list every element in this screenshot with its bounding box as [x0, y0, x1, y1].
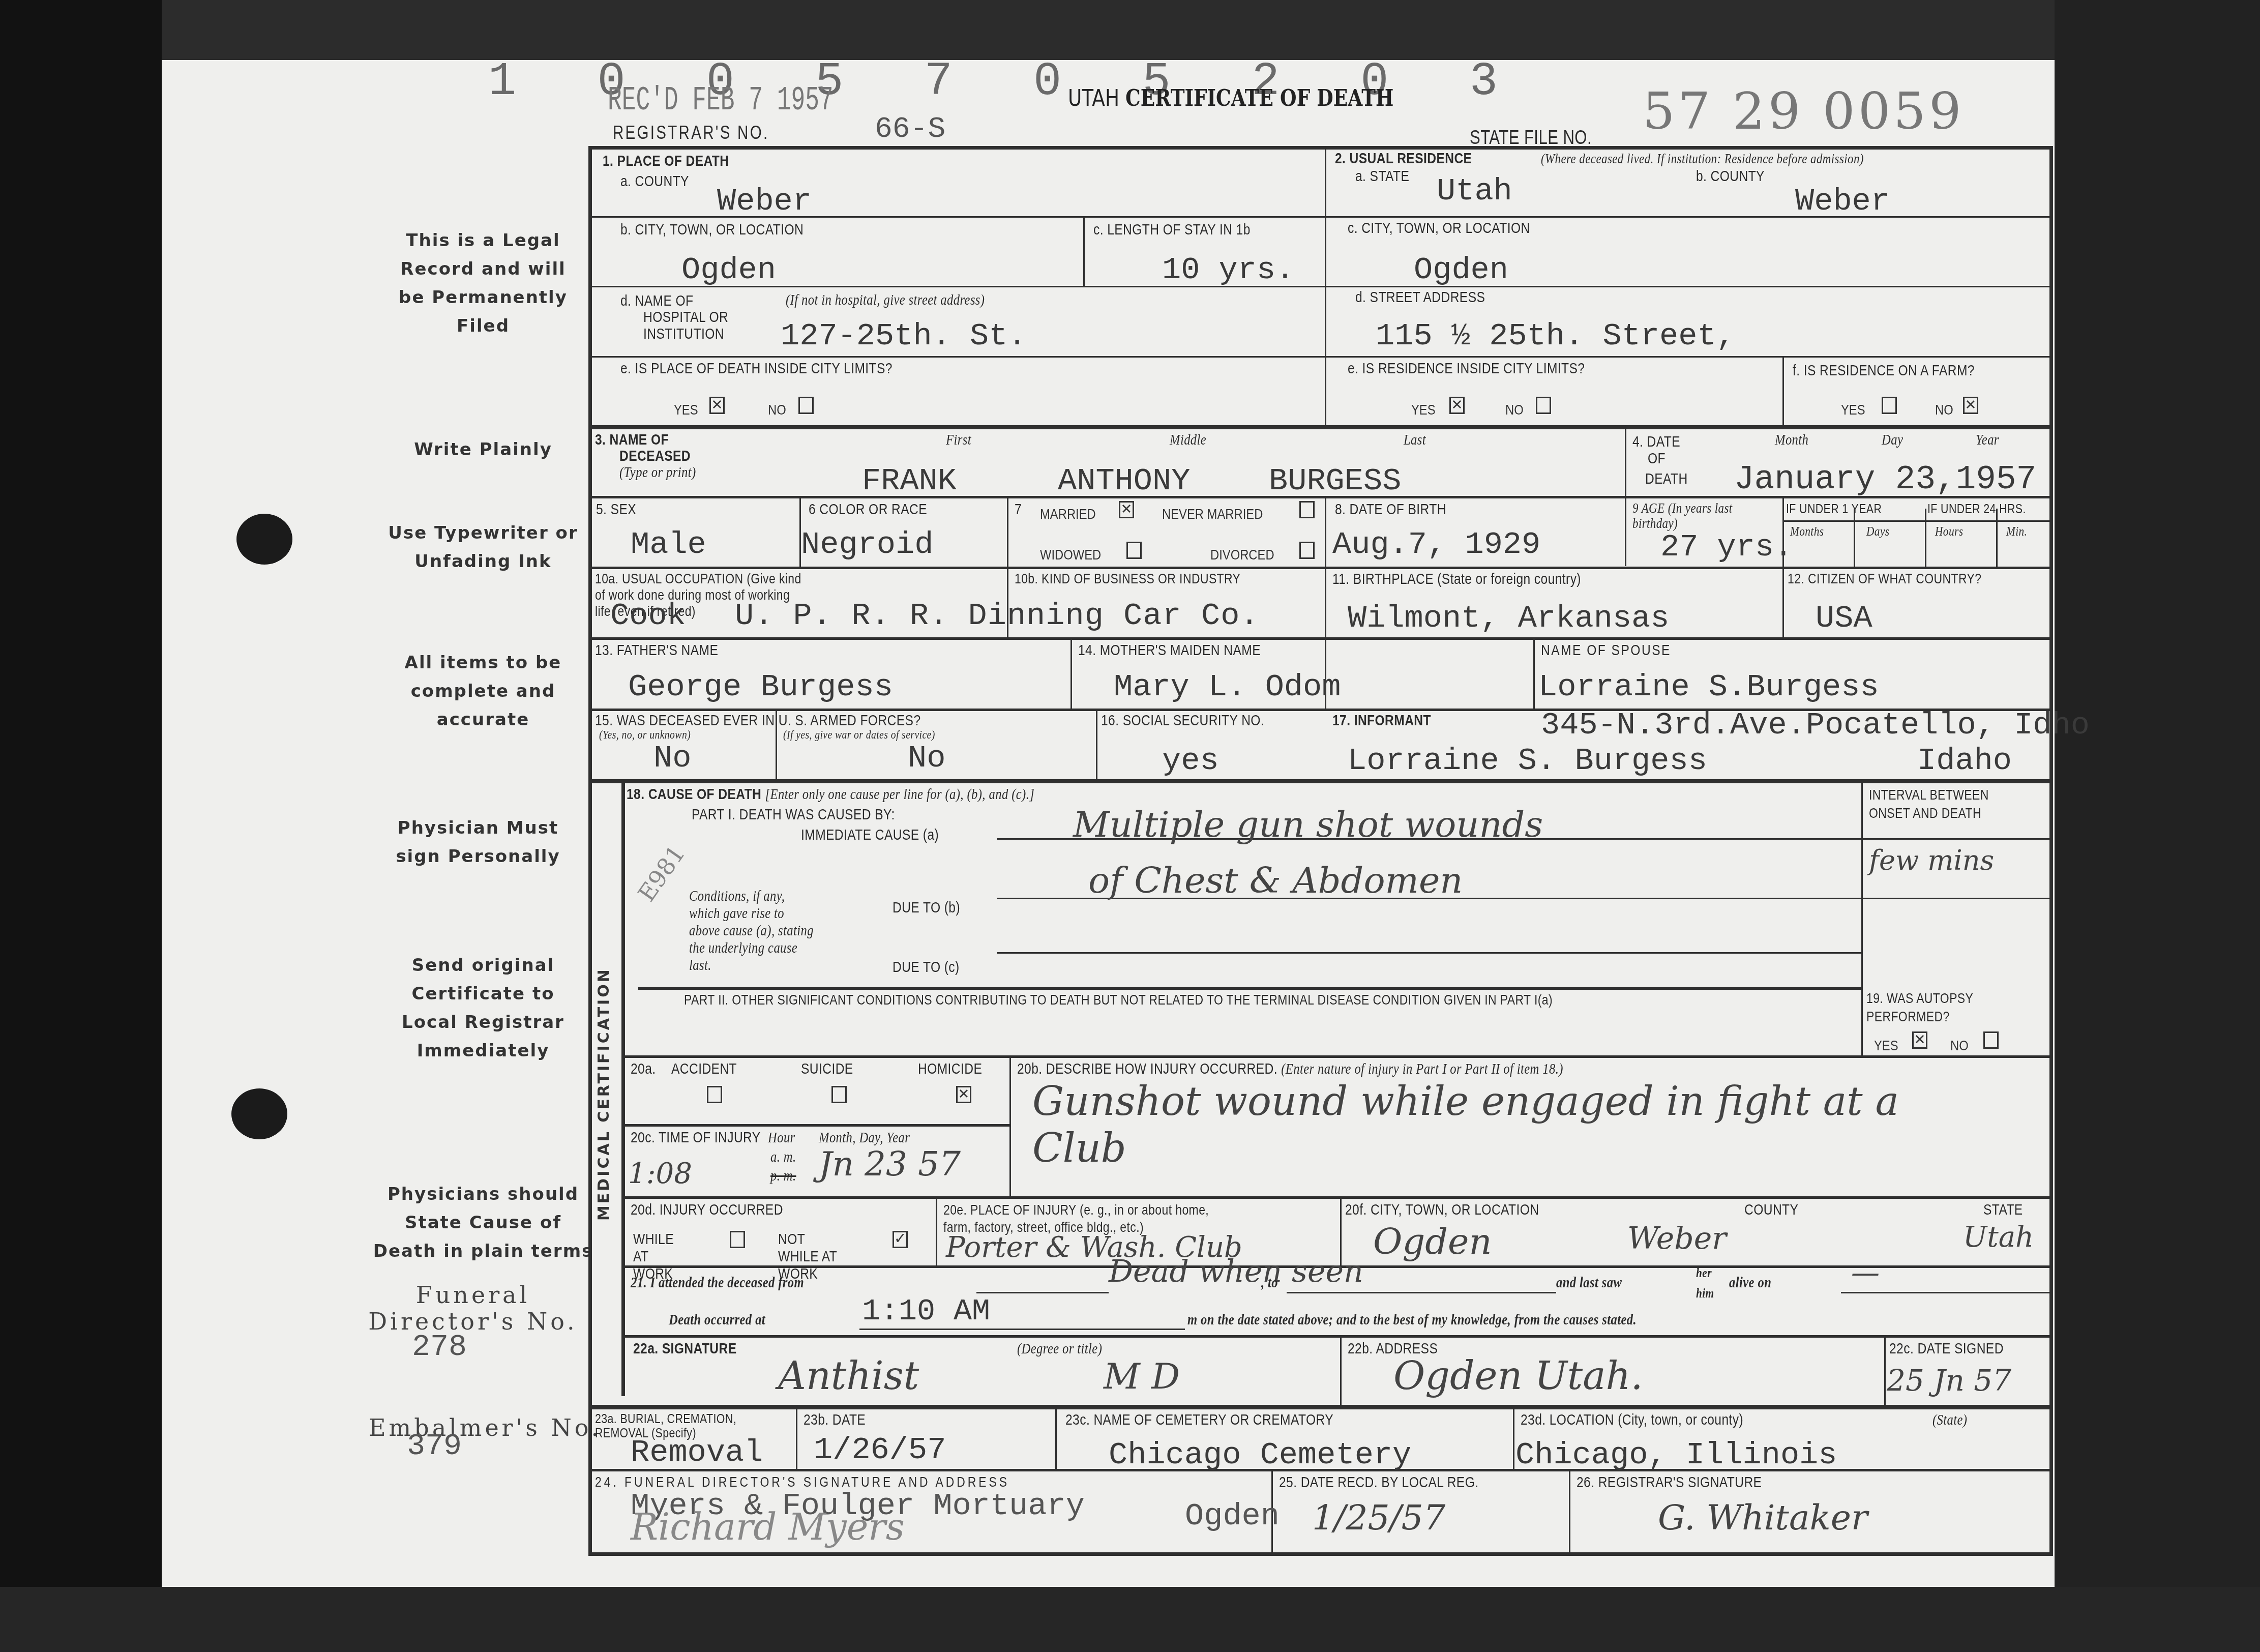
name-label-2: DECEASED — [619, 448, 691, 465]
note-legal-record: This is a Legal Record and will be Perma… — [392, 226, 575, 340]
due-to-b-label: DUE TO (b) — [893, 899, 960, 917]
him-label: him — [1696, 1286, 1714, 1301]
attended-from[interactable]: Dead when seen — [1109, 1254, 1363, 1289]
certificate-title: UTAH CERTIFICATE OF DEATH — [1068, 85, 1393, 111]
cemetery-name[interactable]: Chicago Cemetery — [1109, 1437, 1411, 1473]
county-label: COUNTY — [1744, 1201, 1798, 1219]
date-of-birth[interactable]: Aug.7, 1929 — [1332, 526, 1540, 563]
note-send-original: Send original Certificate to Local Regis… — [392, 951, 575, 1065]
autopsy-yes-checkbox[interactable]: ✕ — [1912, 1031, 1927, 1049]
residence-city[interactable]: Ogden — [1414, 252, 1508, 288]
row-line — [588, 567, 2053, 569]
medical-inner-border — [621, 781, 625, 1396]
form-bottom-border — [588, 1552, 2053, 1556]
name-label-1: 3. NAME OF — [595, 431, 669, 449]
cemetery-state-label: (State) — [1932, 1411, 1967, 1429]
mother-label: 14. MOTHER'S MAIDEN NAME — [1078, 642, 1261, 659]
cemetery-location[interactable]: Chicago, Illinois — [1515, 1437, 1837, 1473]
disposition-date[interactable]: 1/26/57 — [814, 1432, 946, 1468]
yes-label: YES — [674, 402, 698, 418]
farm-label: f. IS RESIDENCE ON A FARM? — [1793, 362, 1975, 379]
row-line — [1782, 520, 2052, 522]
homicide-label: HOMICIDE — [918, 1060, 982, 1078]
day-label: Day — [1882, 431, 1903, 449]
her-label: her — [1696, 1265, 1712, 1281]
stay-label: c. LENGTH OF STAY IN 1b — [1093, 221, 1251, 239]
farm-yes-checkbox[interactable] — [1882, 397, 1897, 414]
divorced-checkbox[interactable] — [1299, 542, 1315, 559]
row-line — [588, 1405, 2053, 1409]
armed-forces[interactable]: No — [653, 740, 691, 776]
homicide-checkbox[interactable]: ✕ — [956, 1086, 971, 1103]
state-label: STATE — [1983, 1201, 2023, 1219]
funeral-director-no-label: Funeral Director's No. — [366, 1282, 580, 1335]
interval-label: INTERVAL BETWEEN ONSET AND DEATH — [1869, 786, 2011, 822]
race-label: 6 COLOR OR RACE — [809, 501, 927, 518]
residence-county-label: b. COUNTY — [1696, 168, 1765, 185]
length-of-stay[interactable]: 10 yrs. — [1162, 252, 1294, 288]
col-line — [1861, 781, 1863, 1058]
months-label: Months — [1790, 524, 1824, 539]
cause-label: 18. CAUSE OF DEATH [Enter only one cause… — [627, 786, 1034, 803]
death-time[interactable]: 1:10 AM — [862, 1294, 990, 1329]
mother-name[interactable]: Mary L. Odom — [1114, 669, 1341, 705]
hour-label: Hour — [768, 1129, 795, 1146]
pm-label: p. m. — [770, 1167, 796, 1185]
suicide-label: SUICIDE — [801, 1060, 853, 1078]
due-to-c-label: DUE TO (c) — [893, 959, 960, 976]
residence-state-label: a. STATE — [1355, 168, 1409, 185]
armed-forces-service[interactable]: No — [908, 740, 945, 776]
date-signed[interactable]: 25 Jn 57 — [1887, 1363, 2011, 1398]
year-label: Year — [1976, 431, 1999, 449]
dob-label: 8. DATE OF BIRTH — [1335, 501, 1446, 518]
attended-from-line — [976, 1292, 1109, 1293]
physician-address[interactable]: Ogden Utah. — [1393, 1353, 1643, 1398]
min-label: Min. — [2006, 524, 2027, 539]
medical-certification-label: MEDICAL CERTIFICATION — [595, 967, 613, 1221]
month-label: Month — [1775, 431, 1808, 449]
embalmer-no: 379 — [407, 1429, 462, 1464]
date-death-label-2: OF — [1648, 450, 1666, 467]
usual-residence-hint: (Where deceased lived. If institution: R… — [1541, 151, 1864, 167]
due-to-b[interactable]: of Chest & Abdomen — [1088, 860, 1463, 901]
col-line — [1625, 427, 1626, 566]
occurred-label: 20d. INJURY OCCURRED — [631, 1201, 783, 1219]
usual-residence-label: 2. USUAL RESIDENCE — [1335, 150, 1472, 167]
father-name[interactable]: George Burgess — [628, 669, 893, 705]
sex-label: 5. SEX — [596, 501, 636, 518]
col-line — [1513, 1406, 1514, 1470]
marital-label: 7 — [1015, 501, 1022, 518]
part1-label: PART I. DEATH WAS CAUSED BY: — [692, 806, 895, 823]
farm-no-checkbox[interactable]: ✕ — [1963, 397, 1978, 414]
note-typewriter: Use Typewriter or Unfading Ink — [376, 519, 590, 576]
residence-city-limits-no-checkbox[interactable] — [1536, 397, 1551, 414]
accident-label: ACCIDENT — [671, 1060, 737, 1078]
place-of-death-label: 1. PLACE OF DEATH — [603, 153, 729, 170]
widowed-label: WIDOWED — [1040, 547, 1101, 563]
manner-label: 20a. — [631, 1060, 656, 1078]
residence-county[interactable]: Weber — [1795, 183, 1890, 219]
days-label: Days — [1866, 524, 1889, 539]
alive-on[interactable]: — — [1851, 1256, 1880, 1289]
punch-hole-icon — [231, 1088, 287, 1139]
col-line — [1782, 356, 1784, 427]
spouse-label: NAME OF SPOUSE — [1541, 642, 1671, 659]
physician-signature[interactable]: Anthist — [778, 1353, 919, 1398]
date-death-label-3: DEATH — [1645, 470, 1688, 488]
citizen[interactable]: USA — [1816, 600, 1872, 636]
row-line — [621, 1124, 1010, 1127]
immediate-cause[interactable]: Multiple gun shot wounds — [1073, 804, 1543, 845]
ssn[interactable]: yes — [1162, 743, 1219, 779]
not-while-at-work-checkbox[interactable]: ✓ — [893, 1231, 908, 1248]
col-line — [1083, 216, 1085, 286]
note-cause-plain-terms: Physicians should State Cause of Death i… — [371, 1180, 595, 1265]
cemetery-location-label: 23d. LOCATION (City, town, or county) — [1521, 1411, 1743, 1429]
form-top-border — [588, 146, 2053, 150]
col-line — [1070, 637, 1072, 709]
col-line — [1533, 637, 1535, 709]
scan-background-right — [2055, 0, 2260, 1652]
hospital-label-3: INSTITUTION — [643, 326, 724, 343]
business-label: 10b. KIND OF BUSINESS OR INDUSTRY — [1015, 571, 1240, 587]
physician-degree[interactable]: M D — [1104, 1355, 1180, 1397]
divorced-label: DIVORCED — [1210, 547, 1274, 563]
no-label: NO — [1505, 402, 1524, 418]
disposition-date-label: 23b. DATE — [804, 1411, 866, 1429]
col-line — [1996, 509, 1998, 567]
ssn-label: 16. SOCIAL SECURITY NO. — [1101, 712, 1264, 729]
row-line — [588, 637, 2053, 640]
residence-city-label: c. CITY, TOWN, OR LOCATION — [1348, 220, 1530, 237]
registrar-signature[interactable]: G. Whitaker — [1658, 1498, 1867, 1538]
funeral-director-signature[interactable]: Richard Myers — [631, 1506, 905, 1548]
county-label: a. COUNTY — [620, 173, 689, 190]
col-line — [796, 1406, 797, 1470]
conditions-hint: Conditions, if any, which gave rise to a… — [689, 888, 818, 974]
birthplace-label: 11. BIRTHPLACE (State or foreign country… — [1332, 571, 1581, 588]
date-of-death[interactable]: January 23,1957 — [1734, 460, 2036, 498]
alive-on-line — [1841, 1292, 2049, 1293]
title-state: UTAH — [1068, 85, 1119, 111]
yes-label: YES — [1874, 1038, 1898, 1054]
injury-state[interactable]: Utah — [1963, 1221, 2034, 1254]
business[interactable]: U. P. R. R. Dinning Car Co. — [735, 598, 1260, 634]
sex[interactable]: Male — [631, 526, 706, 563]
row-line — [638, 987, 1861, 990]
autopsy-label: 19. WAS AUTOPSY PERFORMED? — [1866, 989, 2004, 1026]
death-city-limits-no-checkbox[interactable] — [798, 397, 814, 414]
residence-city-limits-yes-checkbox[interactable]: ✕ — [1449, 397, 1465, 414]
cause-label-text: 18. CAUSE OF DEATH — [627, 786, 761, 803]
under-24-label: IF UNDER 24 HRS. — [1927, 501, 2026, 517]
degree-label: (Degree or title) — [1017, 1340, 1102, 1358]
attended-label: 21. I attended the deceased from — [631, 1274, 804, 1291]
last-name-label: Last — [1404, 431, 1426, 449]
how-label-text: 20b. DESCRIBE HOW INJURY OCCURRED. — [1017, 1060, 1277, 1077]
age-label: 9 AGE (In years last birthday) — [1632, 501, 1758, 532]
injury-city[interactable]: Ogden — [1373, 1221, 1492, 1262]
never-married-label: NEVER MARRIED — [1162, 506, 1263, 522]
street-label: d. STREET ADDRESS — [1355, 289, 1485, 306]
time-of-injury[interactable]: 1:08 — [628, 1157, 692, 1190]
col-line — [1569, 1469, 1570, 1553]
registrars-no-label: REGISTRAR'S NO. — [613, 122, 769, 143]
col-line — [1096, 709, 1097, 779]
armed-forces-label: 15. WAS DECEASED EVER IN U. S. ARMED FOR… — [595, 712, 920, 729]
col-line — [1340, 1335, 1342, 1406]
funeral-director-no: 278 — [412, 1330, 467, 1365]
title-main: CERTIFICATE OF DEATH — [1125, 85, 1393, 111]
how-injury-label: 20b. DESCRIBE HOW INJURY OCCURRED. (Ente… — [1017, 1060, 1563, 1078]
birthplace[interactable]: Wilmont, Arkansas — [1348, 600, 1670, 636]
death-county[interactable]: Weber — [717, 183, 812, 219]
how-hint: (Enter nature of injury in Part I or Par… — [1281, 1060, 1563, 1077]
time-label: 20c. TIME OF INJURY — [631, 1129, 761, 1146]
injury-county[interactable]: Weber — [1627, 1221, 1727, 1256]
hospital-name[interactable]: 127-25th. St. — [781, 318, 1027, 354]
informant-address[interactable]: 345-N.3rd.Ave.Pocatello, Idho — [1541, 707, 2090, 743]
col-line — [1782, 496, 1784, 637]
hours-label: Hours — [1935, 524, 1963, 539]
immediate-cause-label: IMMEDIATE CAUSE (a) — [801, 827, 939, 844]
no-label: NO — [768, 402, 786, 418]
punch-hole-icon — [236, 514, 292, 565]
row-line — [588, 356, 2053, 358]
date-recd-label: 25. DATE RECD. BY LOCAL REG. — [1279, 1474, 1478, 1491]
name-label-3: (Type or print) — [619, 464, 696, 481]
suicide-checkbox[interactable] — [831, 1086, 847, 1103]
hospital-label-2: HOSPITAL OR — [643, 309, 728, 326]
row-line — [621, 1196, 2050, 1199]
col-line — [1055, 1406, 1057, 1470]
last-saw-label: and last saw — [1556, 1274, 1622, 1291]
received-stamp: REC'D FEB 7 1957 — [608, 81, 834, 120]
col-line — [1854, 509, 1855, 567]
death-city-limits-label: e. IS PLACE OF DEATH INSIDE CITY LIMITS? — [620, 360, 893, 377]
scan-background-bottom — [0, 1587, 2260, 1652]
disposition-method[interactable]: Removal — [631, 1434, 763, 1470]
col-line — [1325, 146, 1326, 427]
alive-on-label: alive on — [1729, 1274, 1771, 1291]
embalmer-no-label: Embalmer's No. — [369, 1414, 602, 1441]
hospital-hint: (If not in hospital, give street address… — [786, 291, 985, 309]
row-line — [588, 425, 2053, 429]
informant-label: 17. INFORMANT — [1332, 712, 1431, 729]
death-occurred-label: Death occurred at — [669, 1311, 765, 1329]
col-line — [936, 1196, 937, 1265]
to-label: , to — [1261, 1274, 1278, 1291]
no-label: NO — [1950, 1038, 1969, 1054]
middle-name[interactable]: ANTHONY — [1058, 463, 1190, 499]
registrars-no: 66-S — [875, 113, 945, 146]
date-signed-label: 22c. DATE SIGNED — [1889, 1340, 2004, 1358]
row-line — [588, 779, 2053, 783]
death-city-limits-yes-checkbox[interactable]: ✕ — [709, 397, 725, 414]
part2-label: PART II. OTHER SIGNIFICANT CONDITIONS CO… — [684, 992, 1553, 1008]
residence-street[interactable]: 115 ½ 25th. Street, — [1376, 318, 1735, 354]
row-line — [621, 1335, 2050, 1338]
am-label: a. m. — [770, 1148, 796, 1166]
attended-to-line — [1287, 1292, 1556, 1293]
hospital-label-1: d. NAME OF — [620, 292, 694, 310]
cause-line-c — [997, 952, 1861, 954]
accident-checkbox[interactable] — [707, 1086, 722, 1103]
first-name-label: First — [946, 431, 971, 449]
mdy-label: Month, Day, Year — [819, 1129, 910, 1146]
location-label: 20f. CITY, TOWN, OR LOCATION — [1345, 1201, 1539, 1219]
death-time-line — [859, 1329, 1185, 1330]
never-married-checkbox[interactable] — [1299, 501, 1315, 518]
no-label: NO — [1935, 402, 1953, 418]
middle-name-label: Middle — [1170, 431, 1206, 449]
registrar-signature-label: 26. REGISTRAR'S SIGNATURE — [1577, 1474, 1762, 1491]
row-line — [621, 1055, 2050, 1058]
city-label: b. CITY, TOWN, OR LOCATION — [620, 221, 804, 239]
occupation[interactable]: Cook — [610, 598, 686, 634]
autopsy-no-checkbox[interactable] — [1983, 1031, 1999, 1049]
informant-state[interactable]: Idaho — [1917, 743, 2012, 779]
residence-city-limits-label: e. IS RESIDENCE INSIDE CITY LIMITS? — [1348, 360, 1585, 377]
cause-hint: [Enter only one cause per line for (a), … — [765, 786, 1035, 803]
col-line — [1884, 1335, 1886, 1406]
signature-label: 22a. SIGNATURE — [633, 1340, 737, 1358]
race[interactable]: Negroid — [801, 526, 933, 563]
yes-label: YES — [1841, 402, 1865, 418]
widowed-checkbox[interactable] — [1126, 542, 1142, 559]
how-injury[interactable]: Gunshot wound while engaged in fight at … — [1032, 1078, 1999, 1172]
date-recd[interactable]: 1/25/57 — [1312, 1498, 1445, 1538]
row-line — [588, 286, 2053, 287]
interval[interactable]: few mins — [1869, 844, 1994, 876]
residence-state[interactable]: Utah — [1437, 173, 1512, 209]
note-write-plainly: Write Plainly — [392, 435, 575, 464]
note-physician-sign: Physician Must sign Personally — [392, 814, 564, 871]
married-checkbox[interactable]: ✕ — [1119, 501, 1134, 518]
last-name[interactable]: BURGESS — [1269, 463, 1401, 499]
citizen-label: 12. CITIZEN OF WHAT COUNTRY? — [1788, 571, 1981, 587]
note-complete-accurate: All items to be complete and accurate — [392, 648, 575, 734]
yes-label: YES — [1411, 402, 1436, 418]
state-file-no: 57 29 0059 — [1643, 81, 1965, 141]
scan-background-left — [0, 0, 162, 1652]
under-1-year-label: IF UNDER 1 YEAR — [1786, 501, 1882, 517]
funeral-city[interactable]: Ogden — [1185, 1498, 1280, 1534]
age[interactable]: 27 yrs. — [1660, 529, 1793, 565]
cemetery-label: 23c. NAME OF CEMETERY OR CREMATORY — [1065, 1411, 1333, 1429]
date-death-label-1: 4. DATE — [1632, 433, 1680, 451]
certification-text: m on the date stated above; and to the b… — [1187, 1311, 1637, 1329]
date-of-injury[interactable]: Jn 23 57 — [819, 1144, 961, 1184]
death-city[interactable]: Ogden — [681, 252, 776, 288]
father-label: 13. FATHER'S NAME — [595, 642, 718, 659]
first-name[interactable]: FRANK — [862, 463, 957, 499]
spouse-name[interactable]: Lorraine S.Burgess — [1538, 669, 1879, 705]
while-at-work-checkbox[interactable] — [730, 1231, 745, 1248]
married-label: MARRIED — [1040, 506, 1096, 522]
informant-name[interactable]: Lorraine S. Burgess — [1348, 743, 1707, 779]
col-line — [1925, 509, 1926, 567]
